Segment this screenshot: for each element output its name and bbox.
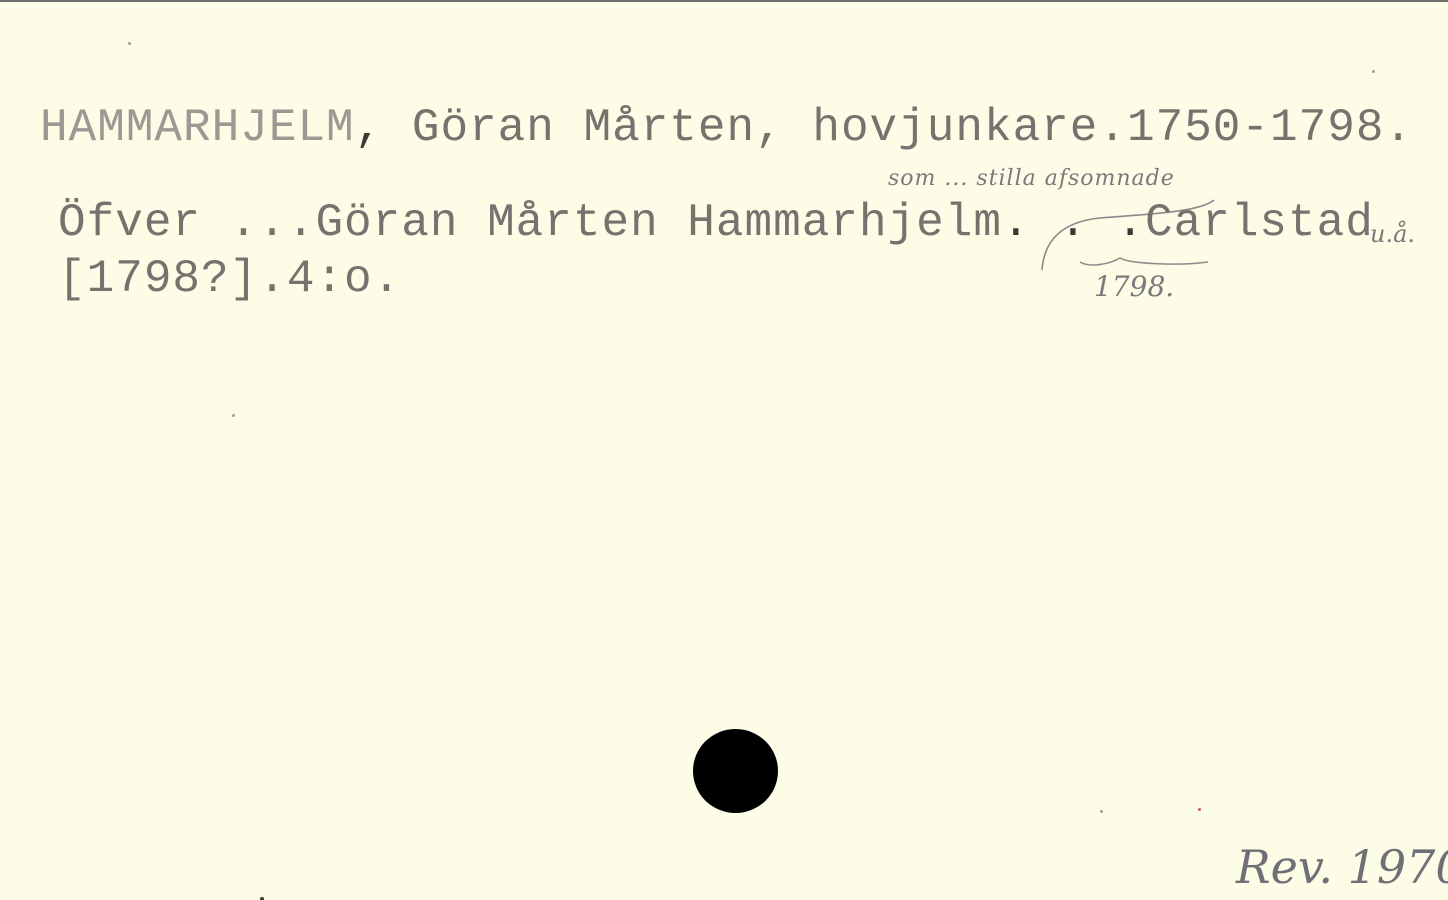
handwritten-revision: Rev. 1970: [1236, 840, 1448, 894]
heading-line: HAMMARHJELM, Göran Mårten, hovjunkare.17…: [40, 105, 1413, 151]
title-line: Öfver ...Göran Mårten Hammarhjelm. . .Ca…: [58, 200, 1374, 246]
imprint-format: .4:o.: [258, 253, 401, 305]
imprint-line: [1798?].4:o.: [58, 256, 401, 302]
paper-speck: [232, 414, 235, 417]
paper-speck: [128, 42, 131, 45]
handwritten-insertion: som ... stilla afsomnade: [888, 166, 1175, 191]
paper-speck: [1372, 70, 1375, 73]
title-place: Carlstad: [1145, 197, 1374, 249]
heading-comma: ,: [355, 102, 384, 154]
handwritten-year: 1798.: [1094, 270, 1174, 303]
title-prefix: Öfver ...: [58, 197, 315, 249]
paper-speck: [1100, 810, 1103, 813]
imprint-date: [1798?]: [58, 253, 258, 305]
title-ellipsis: . . .: [1002, 197, 1145, 249]
catalog-card: HAMMARHJELM, Göran Mårten, hovjunkare.17…: [0, 0, 1448, 900]
handwritten-place-note: u.å.: [1370, 220, 1415, 248]
heading-surname: HAMMARHJELM: [40, 102, 355, 154]
paper-speck: [1198, 808, 1201, 811]
punch-hole: [693, 729, 778, 813]
title-name: Göran Mårten Hammarhjelm: [315, 197, 1002, 249]
heading-rest: Göran Mårten, hovjunkare.1750-1798.: [383, 102, 1413, 154]
